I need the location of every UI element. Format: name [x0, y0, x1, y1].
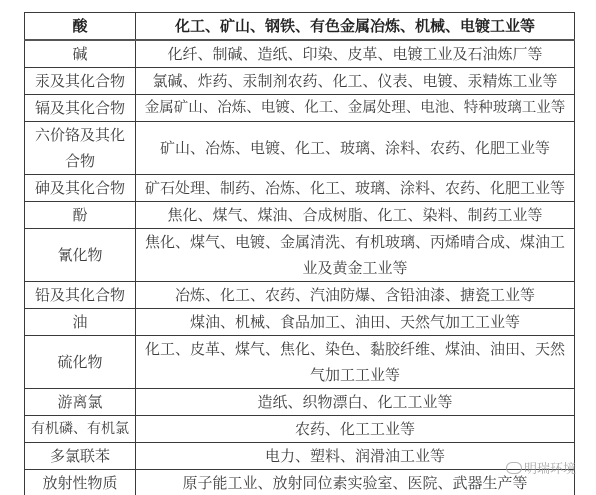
pollutant-name-cell: 酚 — [25, 202, 136, 229]
table-row: 游离氯 造纸、织物漂白、化工工业等 — [25, 389, 575, 416]
pollutant-name-cell: 硫化物 — [25, 336, 136, 389]
pollutant-sources-cell: 化工、皮革、煤气、焦化、染色、黏胶纤维、煤油、油田、天然气加工工业等 — [136, 336, 575, 389]
pollutant-name-cell: 游离氯 — [25, 389, 136, 416]
watermark: 明瑞环境 — [506, 458, 576, 477]
pollutant-sources-cell: 冶炼、化工、农药、汽油防爆、含铅油漆、搪瓷工业等 — [136, 282, 575, 309]
pollutant-sources-cell: 农药、化工工业等 — [136, 416, 575, 443]
table-row: 六价铬及其化合物 矿山、冶炼、电镀、化工、玻璃、涂料、农药、化肥工业等 — [25, 122, 575, 175]
pollutant-name-cell: 有机磷、有机氯 — [25, 416, 136, 443]
pollutant-sources-cell: 焦化、煤气、煤油、合成树脂、化工、染料、制药工业等 — [136, 202, 575, 229]
table-row: 氰化物 焦化、煤气、电镀、金属清洗、有机玻璃、丙烯晴合成、煤油工业及黄金工业等 — [25, 229, 575, 282]
table-row: 多氯联苯 电力、塑料、润滑油工业等 — [25, 443, 575, 470]
table-row: 油 煤油、机械、食品加工、油田、天然气加工工业等 — [25, 309, 575, 336]
pollutant-name-cell: 多氯联苯 — [25, 443, 136, 470]
pollutant-name-cell: 砷及其化合物 — [25, 175, 136, 202]
pollutant-name-cell: 放射性物质 — [25, 470, 136, 495]
pollutant-sources-cell: 矿山、冶炼、电镀、化工、玻璃、涂料、农药、化肥工业等 — [136, 122, 575, 175]
watermark-text: 明瑞环境 — [524, 458, 576, 477]
pollutant-sources-cell: 化纤、制碱、造纸、印染、皮革、电镀工业及石油炼厂等 — [136, 40, 575, 68]
table-row: 酚 焦化、煤气、煤油、合成树脂、化工、染料、制药工业等 — [25, 202, 575, 229]
pollutant-name-cell: 镉及其化合物 — [25, 95, 136, 122]
table-header-row: 酸 化工、矿山、钢铁、有色金属冶炼、机械、电镀工业等 — [25, 13, 575, 41]
pollutant-sources-cell: 焦化、煤气、电镀、金属清洗、有机玻璃、丙烯晴合成、煤油工业及黄金工业等 — [136, 229, 575, 282]
pollutant-sources-cell: 化工、矿山、钢铁、有色金属冶炼、机械、电镀工业等 — [136, 13, 575, 41]
pollutant-name-cell: 氰化物 — [25, 229, 136, 282]
pollutant-name-cell: 汞及其化合物 — [25, 68, 136, 95]
pollutant-name-cell: 铅及其化合物 — [25, 282, 136, 309]
table-row: 汞及其化合物 氯碱、炸药、汞制剂农药、化工、仪表、电镀、汞精炼工业等 — [25, 68, 575, 95]
table-row: 放射性物质 原子能工业、放射同位素实验室、医院、武器生产等 — [25, 470, 575, 495]
table-row: 碱 化纤、制碱、造纸、印染、皮革、电镀工业及石油炼厂等 — [25, 40, 575, 68]
pollutant-name-cell: 油 — [25, 309, 136, 336]
pollutant-name-cell: 酸 — [25, 13, 136, 41]
table-row: 镉及其化合物 金属矿山、冶炼、电镀、化工、金属处理、电池、特种玻璃工业等 — [25, 95, 575, 122]
table-row: 硫化物 化工、皮革、煤气、焦化、染色、黏胶纤维、煤油、油田、天然气加工工业等 — [25, 336, 575, 389]
pollutant-name-cell: 碱 — [25, 40, 136, 68]
table-row: 铅及其化合物 冶炼、化工、农药、汽油防爆、含铅油漆、搪瓷工业等 — [25, 282, 575, 309]
pollutant-sources-cell: 煤油、机械、食品加工、油田、天然气加工工业等 — [136, 309, 575, 336]
pollutant-name-cell: 六价铬及其化合物 — [25, 122, 136, 175]
pollutant-sources-cell: 矿石处理、制药、冶炼、化工、玻璃、涂料、农药、化肥工业等 — [136, 175, 575, 202]
pollutant-sources-cell: 金属矿山、冶炼、电镀、化工、金属处理、电池、特种玻璃工业等 — [136, 95, 575, 122]
pollutant-sources-cell: 氯碱、炸药、汞制剂农药、化工、仪表、电镀、汞精炼工业等 — [136, 68, 575, 95]
table-row: 有机磷、有机氯 农药、化工工业等 — [25, 416, 575, 443]
pollutant-sources-table: 酸 化工、矿山、钢铁、有色金属冶炼、机械、电镀工业等 碱 化纤、制碱、造纸、印染… — [24, 12, 575, 495]
pollutant-sources-cell: 造纸、织物漂白、化工工业等 — [136, 389, 575, 416]
wechat-icon — [506, 462, 522, 474]
table-row: 砷及其化合物 矿石处理、制药、冶炼、化工、玻璃、涂料、农药、化肥工业等 — [25, 175, 575, 202]
